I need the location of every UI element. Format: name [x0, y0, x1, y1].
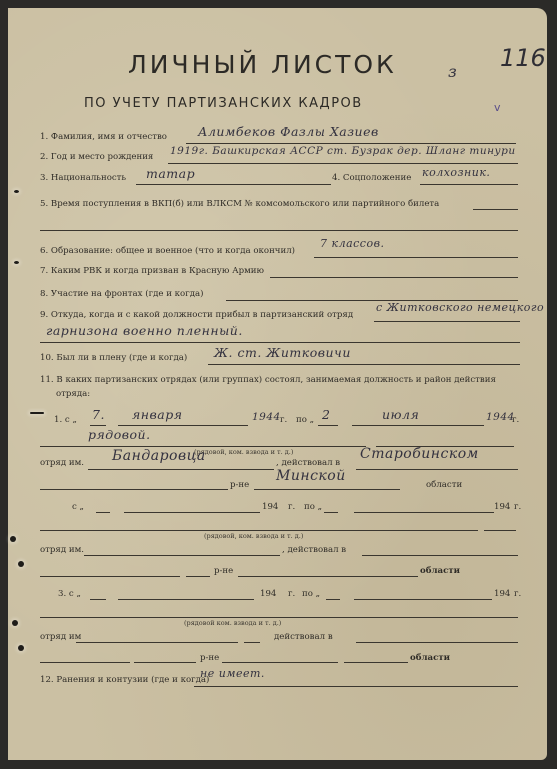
unit-2-rayon-line-a [40, 576, 180, 577]
unit-3-region-label: области [410, 653, 450, 663]
binder-hole [18, 645, 24, 651]
field-3-label: 3. Национальность [40, 173, 126, 183]
binder-hole [14, 261, 19, 264]
binder-hole [12, 620, 18, 626]
unit-2-to-year: 194 [494, 502, 510, 512]
field-10-line [208, 364, 520, 365]
field-6-value: 7 классов. [320, 237, 384, 250]
binder-hole [10, 536, 16, 542]
unit-1-to-day: 2 [322, 407, 330, 422]
document-page: ЛИЧНЫЙ ЛИСТОК з 116 ПО УЧЕТУ ПАРТИЗАНСКИ… [8, 8, 547, 760]
unit-1-rayon-label: р-не [230, 480, 249, 490]
unit-1-prefix: 1. с „ [54, 415, 77, 425]
unit-2-acted-label: , действовал в [282, 545, 346, 555]
field-11-label-cont: отряда: [56, 389, 90, 399]
field-6-label: 6. Образование: общее и военное (что и к… [40, 246, 295, 256]
binder-hole [30, 412, 44, 414]
page-subtitle: ПО УЧЕТУ ПАРТИЗАНСКИХ КАДРОВ [84, 96, 363, 111]
unit-1-district: Старобинском [360, 446, 479, 462]
binder-hole [18, 561, 24, 567]
unit-2-region-label: области [420, 566, 460, 576]
unit-2-to-month-line [354, 512, 494, 513]
unit-2-g: г. [288, 502, 295, 512]
unit-2-detachment-line [84, 555, 280, 556]
unit-3-to-month-line [354, 599, 492, 600]
unit-3-po: по „ [302, 589, 320, 599]
unit-1-g: г. [280, 415, 287, 425]
field-10-value: Ж. ст. Житковичи [214, 345, 351, 360]
unit-1-to-year: 1944 [486, 411, 515, 423]
unit-3-position-hint: (рядовой ком. взвода и т. д.) [184, 619, 281, 627]
field-4-label: 4. Соцположение [332, 173, 411, 183]
field-12-label: 12. Ранения и контузии (где и когда) [40, 675, 209, 685]
unit-3-region-line-a [222, 662, 338, 663]
field-7-label: 7. Каким РВК и когда призван в Красную А… [40, 266, 264, 276]
unit-3-detachment-label: отряд им [40, 632, 81, 642]
unit-3-g2: г. [514, 589, 521, 599]
unit-3-from-month-line [118, 599, 254, 600]
field-12-value: не имеет. [200, 667, 265, 680]
unit-1-po: по „ [296, 415, 314, 425]
field-7-line [270, 277, 518, 278]
unit-1-to-month-line [352, 425, 484, 426]
unit-3-from-day-line [90, 599, 106, 600]
field-2-value: 1919г. Башкирская АССР ст. Бузрак дер. Ш… [170, 145, 516, 157]
unit-1-detachment-label: отряд им. [40, 458, 84, 468]
unit-2-position-hint: (рядовой, ком. взвода и т. д.) [204, 532, 303, 540]
unit-3-acted-label: действовал в [274, 632, 333, 642]
field-4-value: колхозник. [422, 166, 490, 179]
field-5-label: 5. Время поступления в ВКП(б) или ВЛКСМ … [40, 199, 439, 209]
unit-2-from-month-line [124, 512, 260, 513]
unit-1-from-day-line [90, 425, 106, 426]
unit-2-g2: г. [514, 502, 521, 512]
page-title: ЛИЧНЫЙ ЛИСТОК [128, 50, 397, 79]
unit-1-from-day: 7. [92, 407, 105, 422]
unit-1-district-line [356, 469, 518, 470]
field-9-value-1: с Житковского немецкого [376, 301, 544, 314]
binder-hole [14, 190, 19, 193]
unit-1-from-month-line [118, 425, 248, 426]
unit-3-detachment-line-b [244, 642, 260, 643]
field-1-line [186, 143, 516, 144]
field-2-label: 2. Год и место рождения [40, 152, 153, 162]
field-12-line [194, 686, 518, 687]
unit-1-detachment-line [88, 469, 274, 470]
unit-2-from-day-line [96, 512, 110, 513]
unit-2-position-line-b [484, 530, 516, 531]
field-2-line [168, 163, 518, 164]
unit-3-position-line [40, 617, 518, 618]
sheet-number: 116 [500, 44, 546, 72]
unit-1-position: рядовой. [88, 427, 151, 442]
unit-1-from-year: 1944 [252, 411, 281, 423]
unit-3-region-line-b [344, 662, 408, 663]
unit-2-position-line [40, 530, 478, 531]
unit-1-acted-label: , действовал в [276, 458, 340, 468]
field-9-value-2: гарнизона военно пленный. [46, 323, 243, 338]
unit-2-rayon-label: р-не [214, 566, 233, 576]
unit-3-to-day-line [326, 599, 340, 600]
field-6-line [314, 257, 518, 258]
field-3-value: татар [146, 166, 195, 181]
field-3-line [136, 184, 331, 185]
unit-3-g: г. [288, 589, 295, 599]
unit-2-region-line [238, 576, 418, 577]
unit-3-detachment-line [76, 642, 238, 643]
unit-3-rayon-line-a [40, 662, 130, 663]
field-4-line [420, 184, 518, 185]
field-8-label: 8. Участие на фронтах (где и когда) [40, 289, 203, 299]
unit-3-from-year: 194 [260, 589, 276, 599]
unit-1-region-line [254, 489, 400, 490]
unit-1-region-label: области [426, 480, 462, 490]
unit-3-to-year: 194 [494, 589, 510, 599]
unit-1-from-month: января [132, 407, 183, 422]
unit-3-rayon-line-b [134, 662, 196, 663]
field-5-line-a [473, 209, 518, 210]
field-9-line-a [374, 321, 520, 322]
unit-1-to-day-line [318, 425, 338, 426]
field-1-value: Алимбеков Фазлы Хазиев [198, 124, 379, 139]
unit-2-detachment-label: отряд им. [40, 545, 84, 555]
check-mark: v [494, 101, 501, 114]
unit-1-detachment: Бандаровца [112, 448, 206, 464]
unit-1-position-line [40, 446, 366, 447]
unit-2-prefix: с „ [72, 502, 84, 512]
field-1-label: 1. Фамилия, имя и отчество [40, 132, 167, 142]
unit-3-rayon-label: р-не [200, 653, 219, 663]
unit-2-rayon-line-b [186, 576, 210, 577]
field-5-line-b [40, 230, 518, 231]
unit-3-prefix: 3. с „ [58, 589, 81, 599]
unit-2-to-day-line [324, 512, 338, 513]
unit-2-district-line [362, 555, 518, 556]
field-11-label: 11. В каких партизанских отрядах (или гр… [40, 375, 496, 385]
unit-1-rayon-line-a [40, 489, 228, 490]
unit-2-from-year: 194 [262, 502, 278, 512]
unit-3-district-line [356, 642, 518, 643]
unit-1-region: Минской [276, 468, 346, 484]
field-9-label: 9. Откуда, когда и с какой должности при… [40, 310, 353, 320]
unit-1-g2: г. [512, 415, 519, 425]
title-annotation: з [448, 62, 457, 81]
unit-1-position-hint: (рядовой, ком. взвода и т. д.) [194, 448, 293, 456]
field-9-line-b [40, 342, 520, 343]
unit-2-po: по „ [304, 502, 322, 512]
field-10-label: 10. Был ли в плену (где и когда) [40, 353, 187, 363]
unit-1-to-month: июля [382, 407, 419, 422]
